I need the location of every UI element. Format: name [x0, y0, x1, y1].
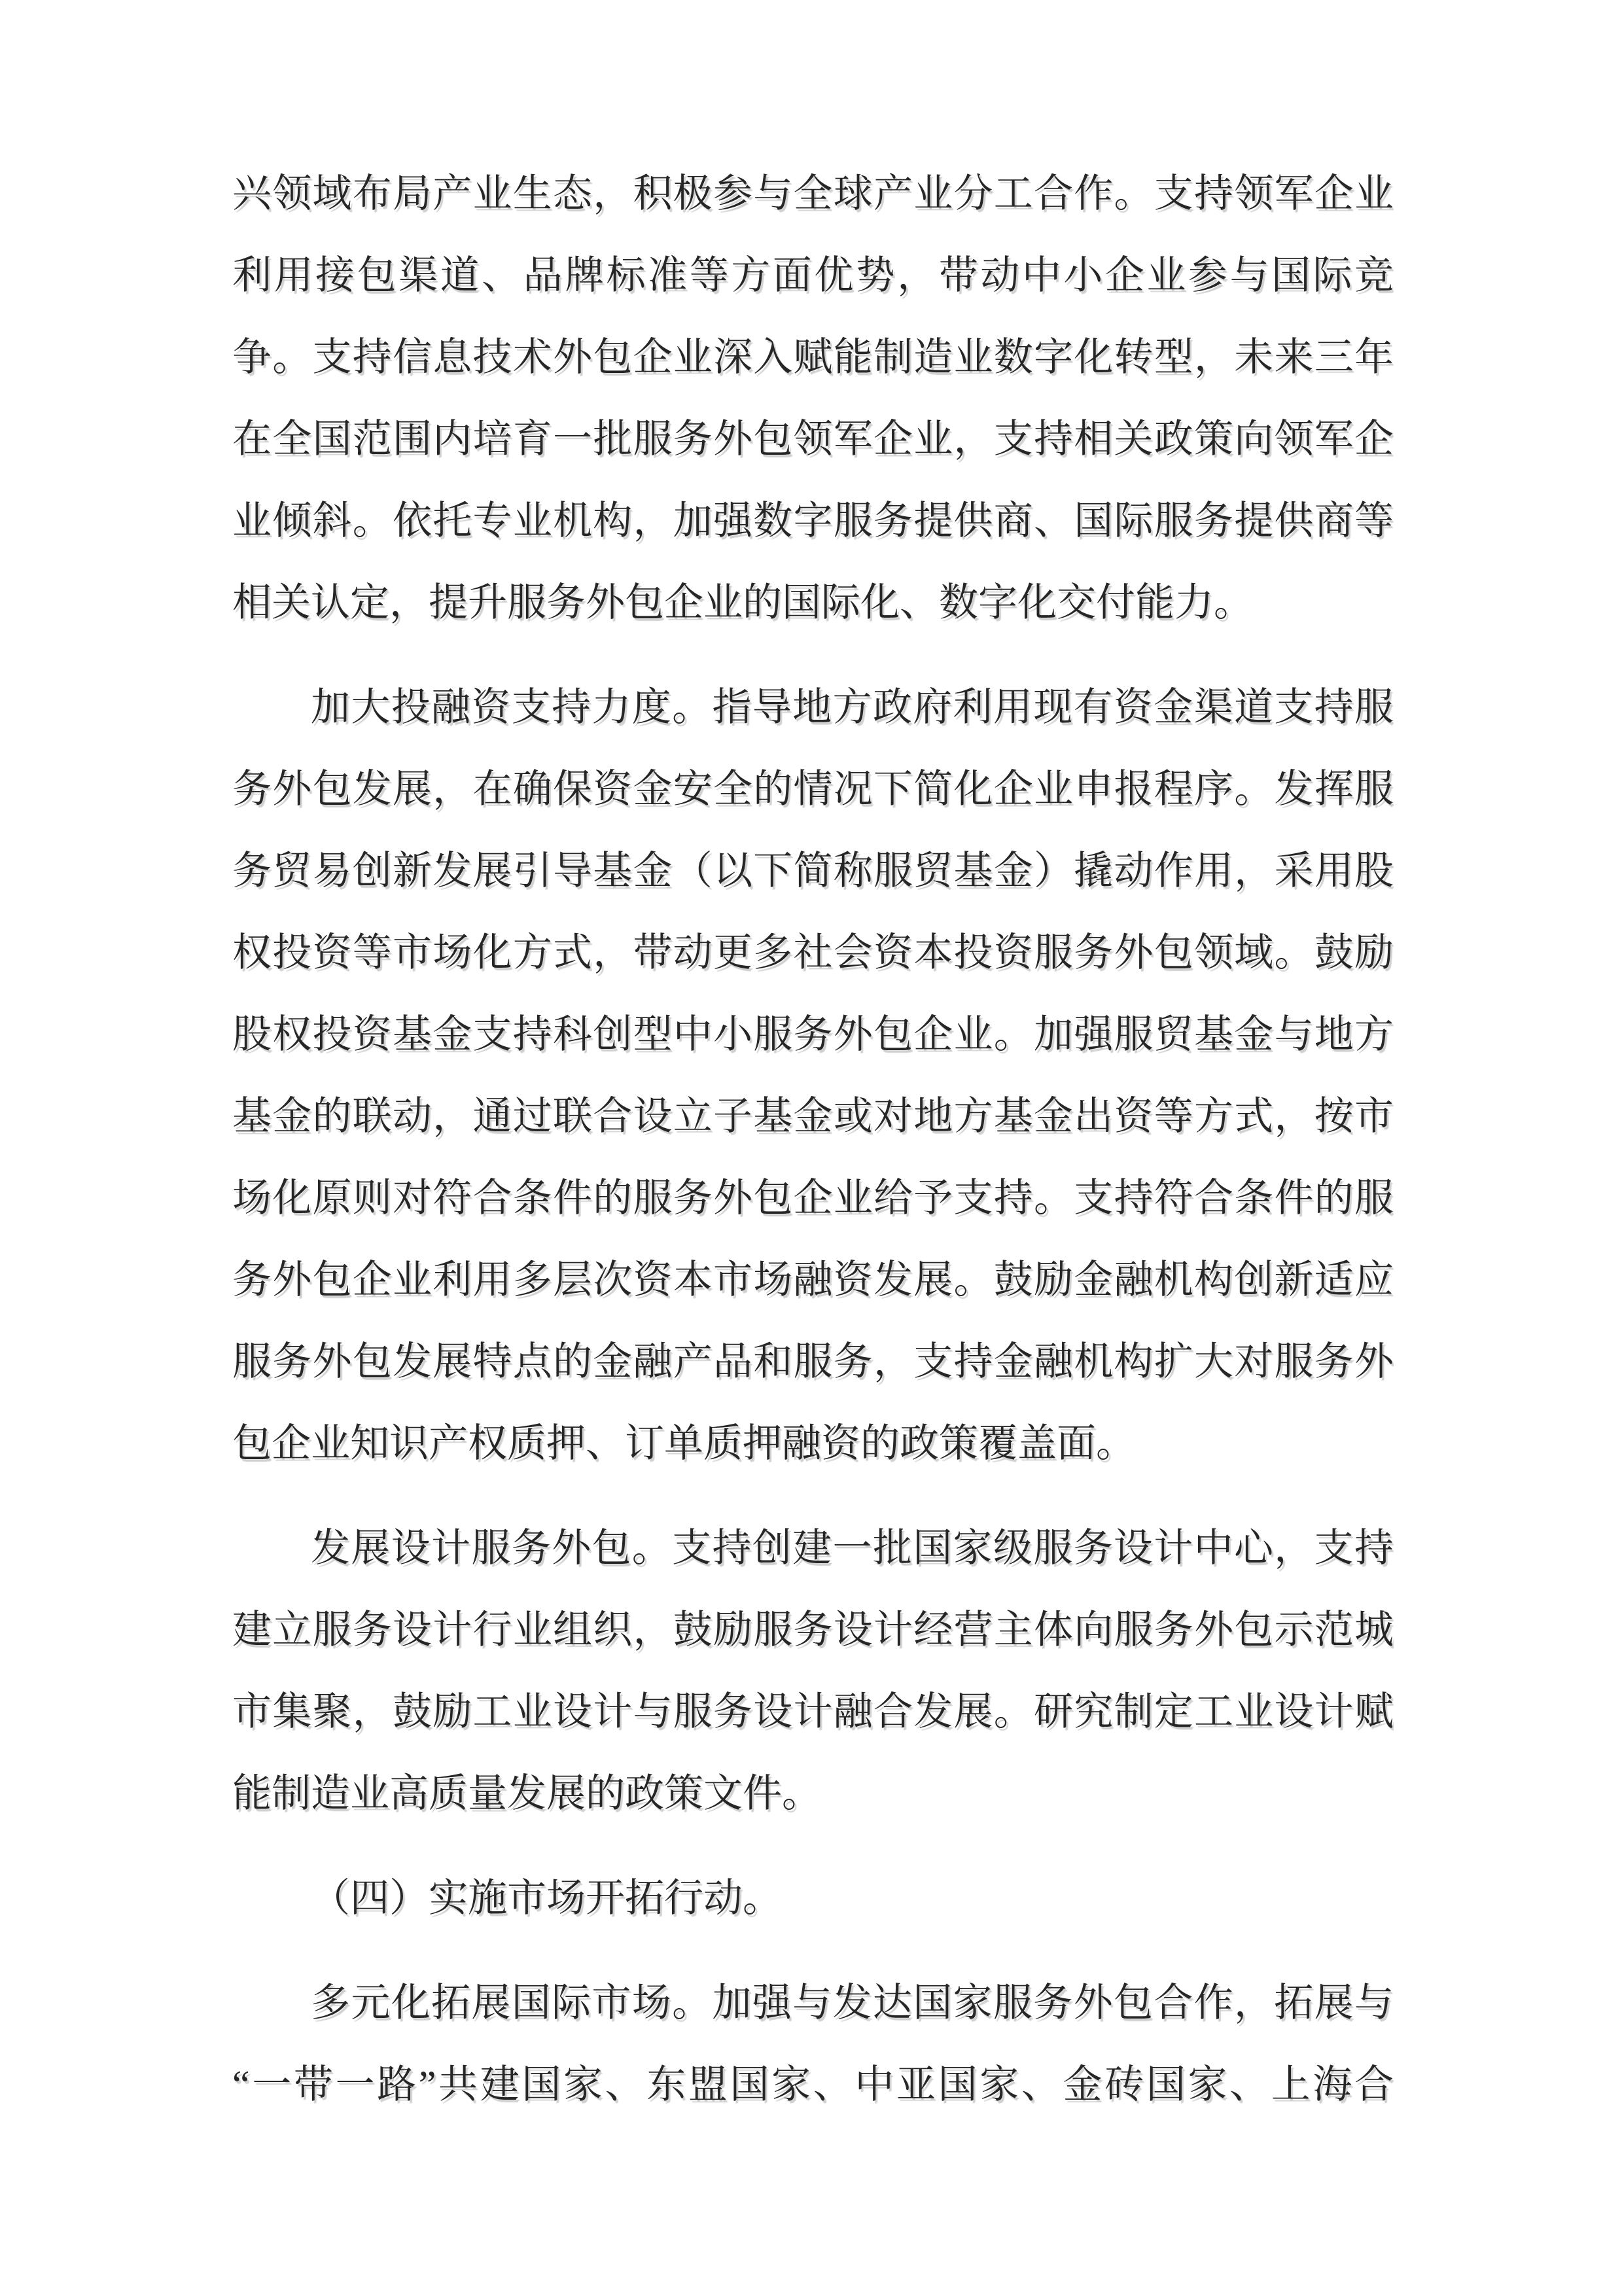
text-line: “一带一路”共建国家、东盟国家、中亚国家、金砖国家、上海合 — [232, 2044, 1394, 2126]
text-line: 务外包发展，在确保资金安全的情况下简化企业申报程序。发挥服 — [232, 749, 1394, 830]
document-text-block: 兴领域布局产业生态，积极参与全球产业分工合作。支持领军企业 利用接包渠道、品牌标… — [232, 153, 1394, 2126]
text-line: 相关认定，提升服务外包企业的国际化、数字化交付能力。 — [232, 562, 1394, 644]
text-line: 能制造业高质量发展的政策文件。 — [232, 1753, 1394, 1835]
paragraph-5: 多元化拓展国际市场。加强与发达国家服务外包合作，拓展与 “一带一路”共建国家、东… — [232, 1962, 1394, 2126]
text-line: 兴领域布局产业生态，积极参与全球产业分工合作。支持领军企业 — [232, 153, 1394, 235]
text-line: 市集聚，鼓励工业设计与服务设计融合发展。研究制定工业设计赋 — [232, 1671, 1394, 1753]
text-line: 服务外包发展特点的金融产品和服务，支持金融机构扩大对服务外 — [232, 1321, 1394, 1403]
text-line: 业倾斜。依托专业机构，加强数字服务提供商、国际服务提供商等 — [232, 480, 1394, 562]
text-line: 发展设计服务外包。支持创建一批国家级服务设计中心，支持 — [232, 1508, 1394, 1589]
paragraph-3: 发展设计服务外包。支持创建一批国家级服务设计中心，支持 建立服务设计行业组织，鼓… — [232, 1508, 1394, 1835]
text-line: 务贸易创新发展引导基金（以下简称服贸基金）撬动作用，采用股 — [232, 830, 1394, 912]
text-line: （四）实施市场开拓行动。 — [232, 1858, 1394, 1939]
paragraph-1: 兴领域布局产业生态，积极参与全球产业分工合作。支持领军企业 利用接包渠道、品牌标… — [232, 153, 1394, 644]
text-line: 包企业知识产权质押、订单质押融资的政策覆盖面。 — [232, 1403, 1394, 1485]
text-line: 利用接包渠道、品牌标准等方面优势，带动中小企业参与国际竞 — [232, 235, 1394, 317]
text-line: 务外包企业利用多层次资本市场融资发展。鼓励金融机构创新适应 — [232, 1239, 1394, 1321]
paragraph-2: 加大投融资支持力度。指导地方政府利用现有资金渠道支持服 务外包发展，在确保资金安… — [232, 667, 1394, 1485]
text-line: 基金的联动，通过联合设立子基金或对地方基金出资等方式，按市 — [232, 1076, 1394, 1157]
text-line: 在全国范围内培育一批服务外包领军企业，支持相关政策向领军企 — [232, 398, 1394, 480]
text-line: 权投资等市场化方式，带动更多社会资本投资服务外包领域。鼓励 — [232, 912, 1394, 994]
text-line: 建立服务设计行业组织，鼓励服务设计经营主体向服务外包示范城 — [232, 1589, 1394, 1671]
text-line: 场化原则对符合条件的服务外包企业给予支持。支持符合条件的服 — [232, 1157, 1394, 1239]
paragraph-4: （四）实施市场开拓行动。 — [232, 1858, 1394, 1939]
document-page: 兴领域布局产业生态，积极参与全球产业分工合作。支持领军企业 利用接包渠道、品牌标… — [0, 0, 1622, 2296]
text-line: 多元化拓展国际市场。加强与发达国家服务外包合作，拓展与 — [232, 1962, 1394, 2044]
text-line: 加大投融资支持力度。指导地方政府利用现有资金渠道支持服 — [232, 667, 1394, 749]
text-line: 争。支持信息技术外包企业深入赋能制造业数字化转型，未来三年 — [232, 317, 1394, 398]
text-line: 股权投资基金支持科创型中小服务外包企业。加强服贸基金与地方 — [232, 994, 1394, 1076]
